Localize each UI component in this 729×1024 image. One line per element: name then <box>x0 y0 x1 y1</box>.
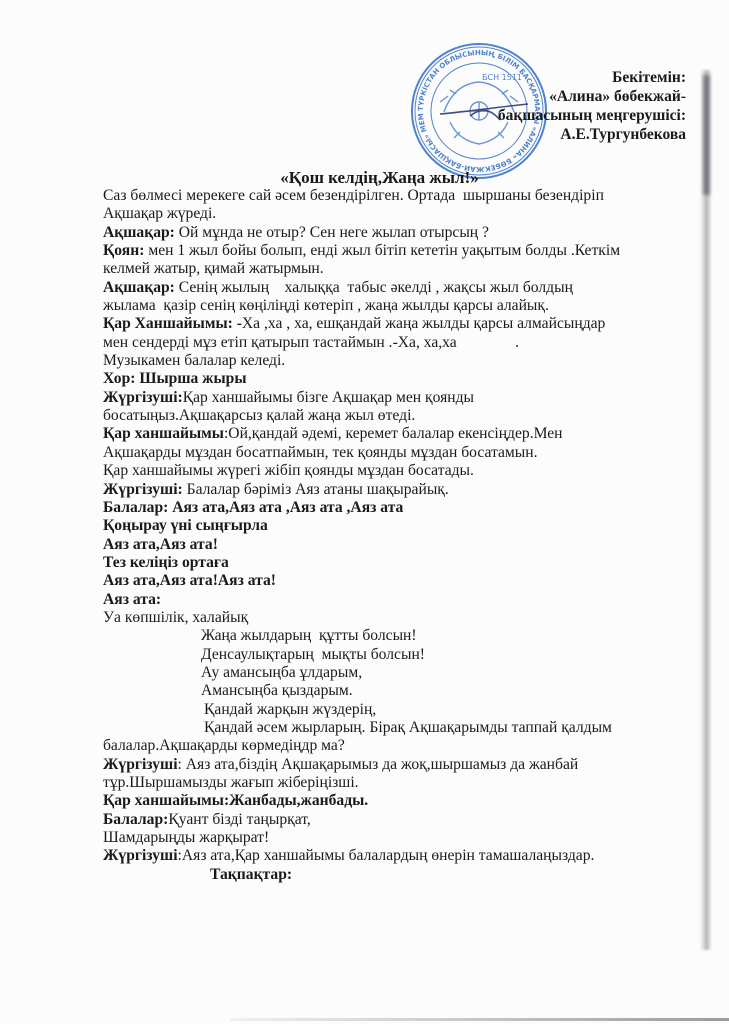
speaker-label: Балалар: Аяз ата,Аяз ата ,Аяз ата ,Аяз а… <box>103 499 403 516</box>
line-text: Қар ханшайымы бізге Ақшақар мен қоянды <box>183 389 474 406</box>
line-text: :Ой,қандай әдемі, керемет балалар екенсі… <box>224 425 563 442</box>
line-text: Шамдарыңды жарқырат! <box>103 829 269 846</box>
script-line: Амансыңба қыздарым. <box>103 682 703 700</box>
script-line: Тез келіңіз ортаға <box>103 554 703 572</box>
script-line: Қоян: мен 1 жыл бойы болып, енді жыл біт… <box>103 242 703 260</box>
line-text: балалар.Ақшақарды көрмедіңдр ма? <box>103 737 345 754</box>
speaker-label: Хор: Шырша жыры <box>103 370 247 387</box>
script-line: Аяз ата,Аяз ата!Аяз ата! <box>103 572 703 590</box>
approval-block: Бекітемін: «Алина» бөбекжай- бақшасының … <box>498 68 686 144</box>
script-line: тұр.Шыршамызды жағып жіберіңізші. <box>103 774 703 792</box>
line-text: Қуант бізді таңырқат, <box>168 811 310 828</box>
line-text: мен 1 жыл бойы болып, енді жыл бітіп кет… <box>144 242 620 259</box>
script-line: Аяз ата,Аяз ата! <box>103 536 703 554</box>
line-text: мен сендерді мұз етіп қатырып тастаймын … <box>103 334 519 351</box>
script-line: Ақшақар: Ой мұнда не отыр? Сен неге жыла… <box>103 224 703 242</box>
script-line: Жаңа жылдарың құтты болсын! <box>103 627 703 645</box>
script-line: жылама қазір сенің көңіліңді көтеріп , ж… <box>103 297 703 315</box>
script-line: Уа көпшілік, халайық <box>103 609 703 627</box>
line-text: : Аяз ата,біздің Ақшақарымыз да жоқ,шырш… <box>178 756 579 773</box>
script-line: Қар ханшайымы жүрегі жібіп қоянды мұздан… <box>103 462 703 480</box>
line-text: Тақпақтар: <box>210 866 292 883</box>
line-text: Қар ханшайымы жүрегі жібіп қоянды мұздан… <box>103 462 474 479</box>
script-line: босатыңыз.Ақшақарсыз қалай жаңа жыл өтед… <box>103 407 703 425</box>
line-text: Сенің жылың халыққа табыс әкелді , жақсы… <box>175 279 573 296</box>
script-line: Хор: Шырша жыры <box>103 370 703 388</box>
speaker-label: Жүргізуші: <box>103 389 183 406</box>
script-line: Балалар:Қуант бізді таңырқат, <box>103 811 703 829</box>
scanned-document-page: ТҮРКІСТАН ОБЛЫСЫНЫҢ БІЛІМ БАСҚАРМАСЫ «АЛ… <box>0 0 729 1024</box>
script-line: Тақпақтар: <box>103 866 703 884</box>
script-line: Жүргізуші:Қар ханшайымы бізге Ақшақар ме… <box>103 389 703 407</box>
speaker-label: Қоңырау үні сыңғырла <box>103 517 268 534</box>
script-line: Қандай жарқын жүздерің, <box>103 701 703 719</box>
script-line: Ақшақарды мұздан босатпаймын, тек қоянды… <box>103 444 703 462</box>
page-bottom-edge <box>230 1018 729 1021</box>
script-line: Аяз ата: <box>103 591 703 609</box>
script-line: Шамдарыңды жарқырат! <box>103 829 703 847</box>
script-line: Қар ханшайымы:Ой,қандай әдемі, керемет б… <box>103 425 703 443</box>
line-text: Музыкамен балалар келеді. <box>103 352 285 369</box>
script-line: келмей жатыр, қимай жатырмын. <box>103 260 703 278</box>
line-text: Балалар бәріміз Аяз атаны шақырайық. <box>183 481 449 498</box>
speaker-label: Тез келіңіз ортаға <box>103 554 229 571</box>
script-line: Қоңырау үні сыңғырла <box>103 517 703 535</box>
line-text: Жаңа жылдарың құтты болсын! <box>201 627 417 644</box>
speaker-label: Жүргізуші <box>103 756 178 773</box>
speaker-label: Балалар: <box>103 811 168 828</box>
speaker-label: Аяз ата,Аяз ата! <box>103 536 218 553</box>
approval-line: Бекітемін: <box>498 68 686 87</box>
line-text: Уа көпшілік, халайық <box>103 609 248 626</box>
document-title: «Қош келдің,Жаңа жыл!» <box>0 168 729 188</box>
speaker-label: Ақшақар: <box>103 224 175 241</box>
line-text: келмей жатыр, қимай жатырмын. <box>103 260 324 277</box>
line-text: тұр.Шыршамызды жағып жіберіңізші. <box>103 774 359 791</box>
script-line: Балалар: Аяз ата,Аяз ата ,Аяз ата ,Аяз а… <box>103 499 703 517</box>
line-text: Қандай әсем жырларың. Бірақ Ақшақарымды … <box>204 719 612 736</box>
speaker-label: Ақшақар: <box>103 279 175 296</box>
speaker-label: Қар ханшайымы <box>103 425 224 442</box>
line-text: :Аяз ата,Қар ханшайымы балалардың өнерін… <box>178 847 595 864</box>
script-line: Ақшақар: Сенің жылың халыққа табыс әкелд… <box>103 279 703 297</box>
approval-line: бақшасының меңгерушісі: <box>498 106 686 125</box>
approval-line: «Алина» бөбекжай- <box>498 87 686 106</box>
speaker-label: Қоян: <box>103 242 144 259</box>
line-text: Қандай жарқын жүздерің, <box>204 701 376 718</box>
line-text: Ой мұнда не отыр? Сен неге жылап отырсың… <box>175 224 489 241</box>
line-text: Ау амансыңба ұлдарым, <box>201 664 362 681</box>
line-text: Амансыңба қыздарым. <box>201 682 353 699</box>
line-text: босатыңыз.Ақшақарсыз қалай жаңа жыл өтед… <box>103 407 415 424</box>
speaker-label: Аяз ата,Аяз ата!Аяз ата! <box>103 572 276 589</box>
script-line: Музыкамен балалар келеді. <box>103 352 703 370</box>
speaker-label: Қар ханшайымы:Жанбады,жанбады. <box>103 792 368 809</box>
line-text: Ақшақар жүреді. <box>103 205 216 222</box>
script-line: Жүргізуші: Аяз ата,біздің Ақшақарымыз да… <box>103 756 703 774</box>
script-line: Ау амансыңба ұлдарым, <box>103 664 703 682</box>
script-line: мен сендерді мұз етіп қатырып тастаймын … <box>103 334 703 352</box>
script-line: Қар ханшайымы:Жанбады,жанбады. <box>103 792 703 810</box>
line-text: жылама қазір сенің көңіліңді көтеріп , ж… <box>103 297 549 314</box>
script-line: Қар Ханшайымы: -Ха ,ха , ха, ешқандай жа… <box>103 315 703 333</box>
speaker-label: Аяз ата: <box>103 591 161 608</box>
speaker-label: Жүргізуші: <box>103 481 183 498</box>
line-text: Саз бөлмесі мерекеге сай әсем безендіріл… <box>103 187 604 204</box>
line-text: Денсаулықтарың мықты болсын! <box>201 646 425 663</box>
script-line: Ақшақар жүреді. <box>103 205 703 223</box>
script-line: Жүргізуші: Балалар бәріміз Аяз атаны шақ… <box>103 481 703 499</box>
line-text: Ақшақарды мұздан босатпаймын, тек қоянды… <box>103 444 538 461</box>
speaker-label: Қар Ханшайымы: - <box>103 315 242 332</box>
script-line: Денсаулықтарың мықты болсын! <box>103 646 703 664</box>
line-text: Ха ,ха , ха, ешқандай жаңа жылды қарсы а… <box>242 315 605 332</box>
approval-signatory: А.Е.Тургунбекова <box>498 125 686 144</box>
script-line: балалар.Ақшақарды көрмедіңдр ма? <box>103 737 703 755</box>
script-line: Саз бөлмесі мерекеге сай әсем безендіріл… <box>103 187 703 205</box>
script-line: Қандай әсем жырларың. Бірақ Ақшақарымды … <box>103 719 703 737</box>
script-line: Жүргізуші:Аяз ата,Қар ханшайымы балалард… <box>103 847 703 865</box>
speaker-label: Жүргізуші <box>103 847 178 864</box>
script-body: Саз бөлмесі мерекеге сай әсем безендіріл… <box>103 187 703 884</box>
